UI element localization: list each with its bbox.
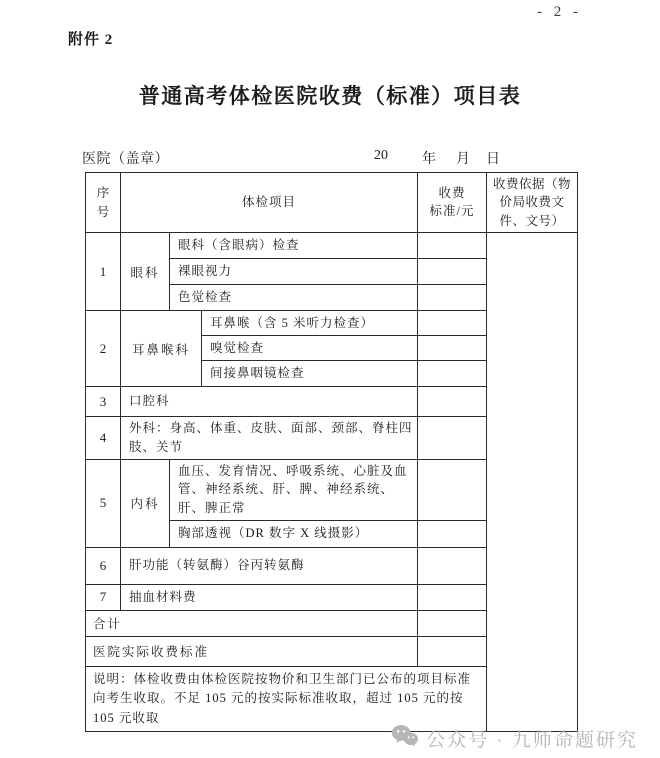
row-number-cell: 3 [86, 387, 121, 417]
fee-cell [418, 311, 487, 336]
item-cell: 抽血材料费 [121, 584, 418, 610]
sub-item-cell: 嗅觉检查 [202, 336, 418, 361]
item-cell: 口腔科 [121, 387, 418, 417]
fee-cell [418, 361, 487, 387]
row-number-cell: 4 [86, 417, 121, 460]
wechat-icon [391, 724, 418, 752]
sub-item-cell: 耳鼻喉（含 5 米听力检查） [202, 311, 418, 336]
fee-cell [418, 610, 487, 636]
fee-cell [418, 233, 487, 259]
fee-cell [418, 520, 487, 547]
fee-cell [418, 259, 487, 285]
col-header-fee-line1: 收费 [418, 185, 486, 203]
date-day-label: 日 [486, 148, 500, 168]
note-cell: 说明：体检收费由体检医院按物价和卫生部门已公布的项目标准向考生收取。不足 105… [86, 666, 487, 731]
row-number-cell: 5 [86, 459, 121, 547]
fee-table: 序 号 体检项目 收费 标准/元 收费依据（物价局收费文件、文号） 1 眼科 眼… [85, 172, 578, 732]
sub-item-cell: 间接鼻咽镜检查 [202, 361, 418, 387]
row-number-cell: 1 [86, 233, 121, 311]
watermark: 公众号 · 九师命题研究 [391, 724, 638, 752]
page-title: 普通高考体检医院收费（标准）项目表 [0, 80, 660, 110]
item-cell: 肝功能（转氨酶）谷丙转氨酶 [121, 547, 418, 584]
sub-item-cell: 裸眼视力 [170, 259, 418, 285]
date-year-label: 年 [422, 148, 436, 168]
hospital-seal-label: 医院（盖章） [82, 148, 169, 168]
total-row-label: 合计 [86, 610, 418, 636]
row-number-cell: 7 [86, 584, 121, 610]
actual-fee-row-label: 医院实际收费标准 [86, 636, 418, 666]
date-year-prefix: 20 [374, 148, 388, 164]
fee-cell [418, 285, 487, 311]
fee-cell [418, 547, 487, 584]
sub-item-cell: 胸部透视（DR 数字 X 线摄影） [170, 520, 418, 547]
item-cell: 外科：身高、体重、皮肤、面部、颈部、脊柱四肢、关节 [121, 417, 418, 460]
fee-cell [418, 417, 487, 460]
row-number-cell: 6 [86, 547, 121, 584]
document-page: - 2 - 附件 2 普通高考体检医院收费（标准）项目表 医院（盖章） 20 年… [0, 0, 660, 758]
watermark-text: 公众号 · 九师命题研究 [426, 725, 638, 752]
table-header-row: 序 号 体检项目 收费 标准/元 收费依据（物价局收费文件、文号） [86, 173, 578, 233]
attachment-label: 附件 2 [68, 28, 113, 49]
page-number: - 2 - [537, 4, 582, 21]
table-row: 1 眼科 眼科（含眼病）检查 [86, 233, 578, 259]
col-header-no: 序 号 [86, 173, 121, 233]
category-cell: 内科 [121, 459, 170, 547]
fee-cell [418, 336, 487, 361]
fee-cell [418, 459, 487, 520]
meta-line: 医院（盖章） 20 年 月 日 [82, 148, 578, 170]
fee-cell [418, 636, 487, 666]
col-header-fee-line2: 标准/元 [418, 203, 486, 221]
sub-item-cell: 眼科（含眼病）检查 [170, 233, 418, 259]
fee-cell [418, 387, 487, 417]
sub-item-cell: 血压、发育情况、呼吸系统、心脏及血管、神经系统、肝、脾、神经系统、肝、脾正常 [170, 459, 418, 520]
category-cell: 耳鼻喉科 [121, 311, 202, 387]
basis-cell [487, 233, 578, 732]
col-header-item: 体检项目 [121, 173, 418, 233]
col-header-fee: 收费 标准/元 [418, 173, 487, 233]
col-header-basis: 收费依据（物价局收费文件、文号） [487, 173, 578, 233]
category-cell: 眼科 [121, 233, 170, 311]
sub-item-cell: 色觉检查 [170, 285, 418, 311]
row-number-cell: 2 [86, 311, 121, 387]
fee-cell [418, 584, 487, 610]
date-month-label: 月 [456, 148, 470, 168]
